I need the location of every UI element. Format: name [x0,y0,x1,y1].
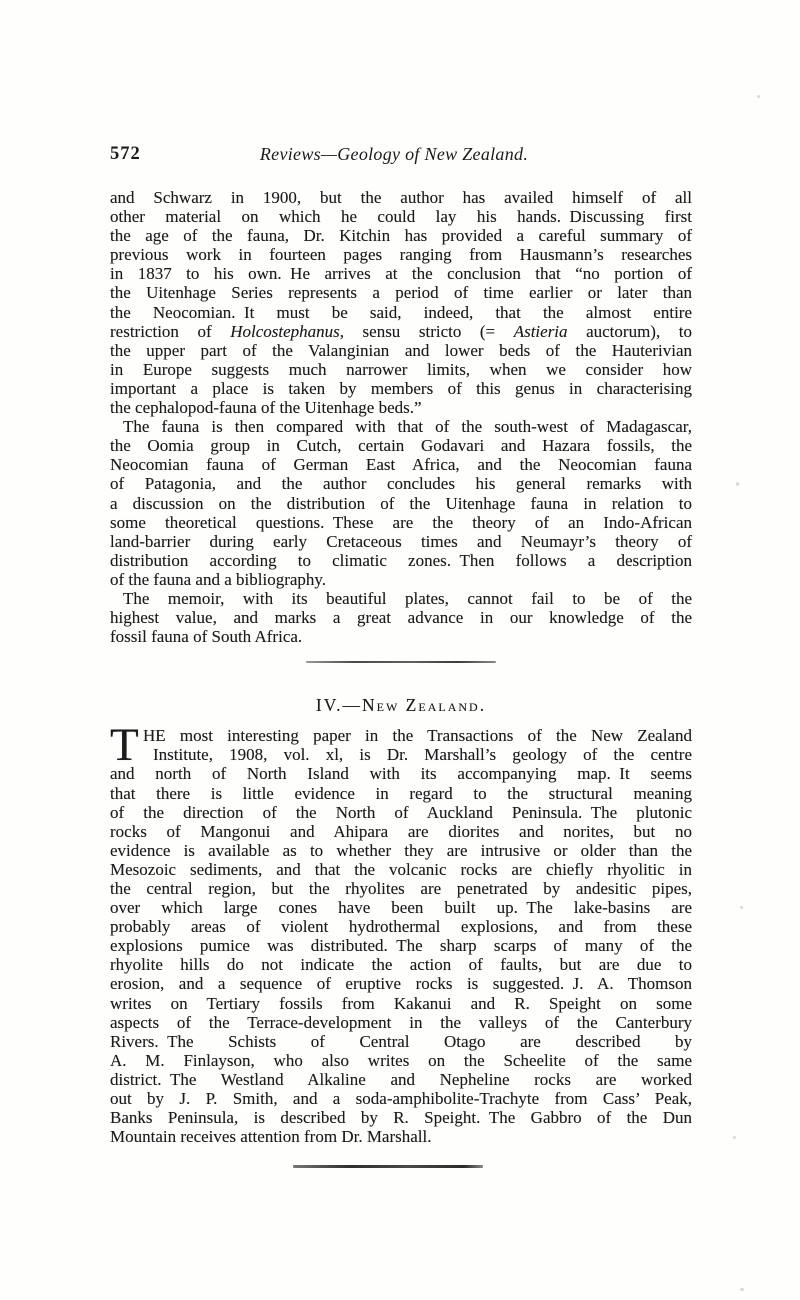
text-line: the upper part of the Valanginian and lo… [110,341,692,360]
text-line: explosions pumice was distributed. The s… [110,936,692,955]
text-line: probably areas of violent hydrothermal e… [110,917,692,936]
text-line: rocks of Mangonui and Ahipara are diorit… [110,822,692,841]
text-line: rhyolite hills do not indicate the actio… [110,955,692,974]
running-header: 572 Reviews—Geology of New Zealand. [110,144,692,166]
text-line: and north of North Island with its accom… [110,764,692,783]
text-line: fossil fauna of South Africa. [110,627,692,646]
section-heading: IV.—New Zealand. [110,695,692,715]
text-line: evidence is available as to whether they… [110,841,692,860]
text-line: A. M. Finlayson, who also writes on the … [110,1051,692,1070]
text-line: important a place is taken by members of… [110,379,692,398]
text-run: restriction of [110,322,230,341]
text-line: HE most interesting paper in the Transac… [110,726,692,745]
text-line: district. The Westland Alkaline and Neph… [110,1070,692,1089]
text-line: that there is little evidence in regard … [110,784,692,803]
scan-speck [740,906,743,909]
text-line: the central region, but the rhyolites ar… [110,879,692,898]
text-line: writes on Tertiary fossils from Kakanui … [110,994,692,1013]
text-line: Institute, 1908, vol. xl, is Dr. Marshal… [110,745,692,764]
text-line: Rivers. The Schists of Central Otago are… [110,1032,692,1051]
text-line: in 1837 to his own. He arrives at the co… [110,264,692,283]
section-divider [306,661,496,663]
text-line: the Uitenhage Series represents a period… [110,283,692,302]
text-line: the age of the fauna, Dr. Kitchin has pr… [110,226,692,245]
para-new-zealand: THE most interesting paper in the Transa… [110,726,692,1146]
text-run: auctorum), to [568,322,692,341]
text-line: highest value, and marks a great advance… [110,608,692,627]
scanned-page: 572 Reviews—Geology of New Zealand. and … [0,0,800,1300]
scan-speck [733,1136,736,1139]
drop-cap: T [110,723,139,767]
text-line: Mountain receives attention from Dr. Mar… [110,1127,692,1146]
scan-speck [736,482,739,486]
scan-speck [757,95,760,98]
text-line: Neocomian fauna of German East Africa, a… [110,455,692,474]
text-line: other material on which he could lay his… [110,207,692,226]
text-line: over which large cones have been built u… [110,898,692,917]
text-line: distribution according to climatic zones… [110,551,692,570]
text-line: a discussion on the distribution of the … [110,494,692,513]
text-line: of the fauna and a bibliography. [110,570,692,589]
running-title: Reviews—Geology of New Zealand. [110,144,678,165]
text-line: the Oomia group in Cutch, certain Godava… [110,436,692,455]
text-run: , sensu stricto (= [340,322,514,341]
text-line: the cephalopod-fauna of the Uitenhage be… [110,398,692,417]
scan-speck [740,1288,744,1291]
text-line: The memoir, with its beautiful plates, c… [110,589,692,608]
text-line: previous work in fourteen pages ranging … [110,245,692,264]
text-line: out by J. P. Smith, and a soda-amphiboli… [110,1089,692,1108]
text-line: Banks Peninsula, is described by R. Spei… [110,1108,692,1127]
text-line: of Patagonia, and the author concludes h… [110,474,692,493]
text-line: land-barrier during early Cretaceous tim… [110,532,692,551]
text-line: aspects of the Terrace-development in th… [110,1013,692,1032]
italic-text: Astieria [514,322,568,341]
text-line: Mesozoic sediments, and that the volcani… [110,860,692,879]
italic-text: Holcostephanus [230,322,340,341]
text-column: and Schwarz in 1900, but the author has … [110,188,692,1168]
para-memoir-value: The memoir, with its beautiful plates, c… [110,589,692,646]
text-line: The fauna is then compared with that of … [110,417,692,436]
text-line: some theoretical questions. These are th… [110,513,692,532]
text-line: the Neocomian. It must be said, indeed, … [110,303,692,322]
section-divider [293,1165,483,1167]
text-line: restriction of Holcostephanus, sensu str… [110,322,692,341]
text-line: erosion, and a sequence of eruptive rock… [110,974,692,993]
para-fauna-comparison: The fauna is then compared with that of … [110,417,692,589]
text-line: and Schwarz in 1900, but the author has … [110,188,692,207]
text-line: in Europe suggests much narrower limits,… [110,360,692,379]
text-line: of the direction of the North of Aucklan… [110,803,692,822]
para-uitenhage-review: and Schwarz in 1900, but the author has … [110,188,692,417]
